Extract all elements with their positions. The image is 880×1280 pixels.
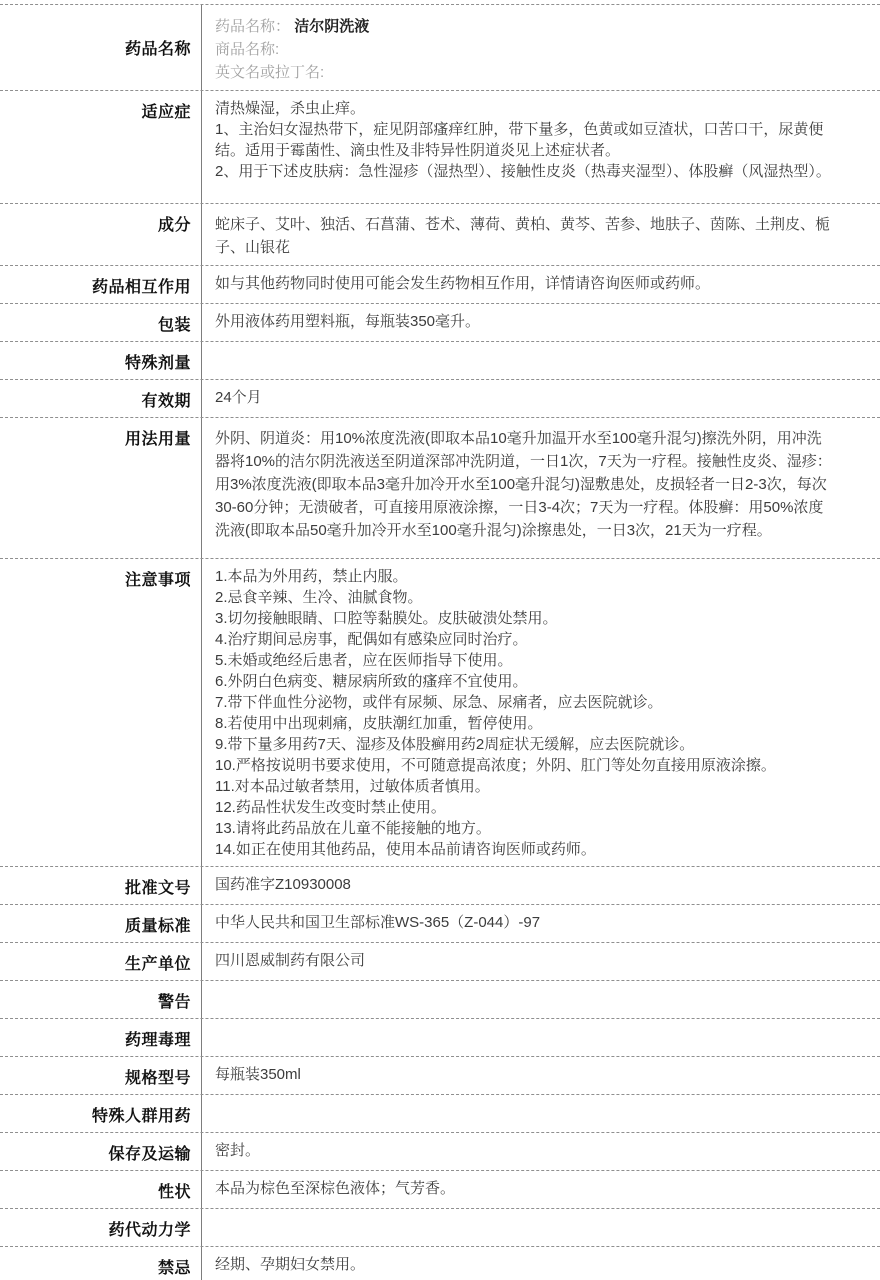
drug-info-table: 药品名称 药品名称： 洁尔阴洗液 商品名称: 英文名或拉丁名: 适应症 清热燥湿… — [0, 4, 880, 1280]
row-content: 1.本品为外用药，禁止内服。 2.忌食辛辣、生冷、油腻食物。 3.切勿接触眼睛、… — [202, 559, 880, 866]
row-special-population: 特殊人群用药 — [0, 1095, 880, 1133]
row-pharmacology-toxicology: 药理毒理 — [0, 1019, 880, 1057]
english-name-line: 英文名或拉丁名: — [215, 61, 835, 84]
row-content: 四川恩威制药有限公司 — [202, 943, 880, 980]
row-indications: 适应症 清热燥湿，杀虫止痒。 1、主治妇女湿热带下，症见阴部瘙痒红肿，带下量多，… — [0, 91, 880, 204]
row-warning: 警告 — [0, 981, 880, 1019]
row-label: 警告 — [0, 981, 202, 1018]
row-drug-interactions: 药品相互作用 如与其他药物同时使用可能会发生药物相互作用，详情请咨询医师或药师。 — [0, 266, 880, 304]
row-label: 药品相互作用 — [0, 266, 202, 303]
row-content: 外用液体药用塑料瓶，每瓶装350毫升。 — [202, 304, 880, 341]
drug-name-value: 洁尔阴洗液 — [294, 18, 369, 35]
row-label: 规格型号 — [0, 1057, 202, 1094]
row-content: 如与其他药物同时使用可能会发生药物相互作用，详情请咨询医师或药师。 — [202, 266, 880, 303]
row-dosage-usage: 用法用量 外阴、阴道炎：用10%浓度洗液(即取本品10毫升加温开水至100毫升混… — [0, 418, 880, 559]
row-precautions: 注意事项 1.本品为外用药，禁止内服。 2.忌食辛辣、生冷、油腻食物。 3.切勿… — [0, 559, 880, 867]
row-label: 保存及运输 — [0, 1133, 202, 1170]
drug-name-content: 药品名称： 洁尔阴洗液 商品名称: 英文名或拉丁名: — [202, 5, 880, 90]
row-content: 本品为棕色至深棕色液体；气芳香。 — [202, 1171, 880, 1208]
row-manufacturer: 生产单位 四川恩威制药有限公司 — [0, 943, 880, 981]
row-label: 质量标准 — [0, 905, 202, 942]
row-content — [202, 1209, 880, 1246]
row-storage-transport: 保存及运输 密封。 — [0, 1133, 880, 1171]
row-content: 外阴、阴道炎：用10%浓度洗液(即取本品10毫升加温开水至100毫升混匀)擦洗外… — [202, 418, 880, 558]
row-label: 药品名称 — [0, 5, 202, 90]
row-label: 特殊人群用药 — [0, 1095, 202, 1132]
row-specification: 规格型号 每瓶装350ml — [0, 1057, 880, 1095]
row-label: 特殊剂量 — [0, 342, 202, 379]
trade-name-line: 商品名称: — [215, 38, 835, 61]
row-label: 批准文号 — [0, 867, 202, 904]
row-pharmacokinetics: 药代动力学 — [0, 1209, 880, 1247]
row-content: 中华人民共和国卫生部标准WS-365（Z-044）-97 — [202, 905, 880, 942]
row-label: 药理毒理 — [0, 1019, 202, 1056]
row-special-dosage: 特殊剂量 — [0, 342, 880, 380]
drug-name-line: 药品名称： 洁尔阴洗液 — [215, 15, 835, 38]
row-approval-number: 批准文号 国药准字Z10930008 — [0, 867, 880, 905]
row-drug-name: 药品名称 药品名称： 洁尔阴洗液 商品名称: 英文名或拉丁名: — [0, 5, 880, 91]
row-content: 国药准字Z10930008 — [202, 867, 880, 904]
row-label: 成分 — [0, 204, 202, 265]
row-label: 有效期 — [0, 380, 202, 417]
row-content — [202, 1019, 880, 1056]
row-content: 密封。 — [202, 1133, 880, 1170]
row-label: 禁忌 — [0, 1247, 202, 1280]
drug-name-field-label: 药品名称： — [215, 18, 290, 35]
row-label: 包装 — [0, 304, 202, 341]
row-content — [202, 1095, 880, 1132]
row-description: 性状 本品为棕色至深棕色液体；气芳香。 — [0, 1171, 880, 1209]
row-label: 适应症 — [0, 91, 202, 203]
row-content — [202, 342, 880, 379]
row-label: 药代动力学 — [0, 1209, 202, 1246]
row-content: 24个月 — [202, 380, 880, 417]
row-content: 经期、孕期妇女禁用。 — [202, 1247, 880, 1280]
row-label: 性状 — [0, 1171, 202, 1208]
row-label: 生产单位 — [0, 943, 202, 980]
row-content — [202, 981, 880, 1018]
row-shelf-life: 有效期 24个月 — [0, 380, 880, 418]
row-content: 蛇床子、艾叶、独活、石菖蒲、苍术、薄荷、黄柏、黄芩、苦参、地肤子、茵陈、土荆皮、… — [202, 204, 880, 265]
row-content: 清热燥湿，杀虫止痒。 1、主治妇女湿热带下，症见阴部瘙痒红肿，带下量多，色黄或如… — [202, 91, 880, 203]
row-label: 用法用量 — [0, 418, 202, 558]
row-ingredients: 成分 蛇床子、艾叶、独活、石菖蒲、苍术、薄荷、黄柏、黄芩、苦参、地肤子、茵陈、土… — [0, 204, 880, 266]
row-label: 注意事项 — [0, 559, 202, 866]
row-packaging: 包装 外用液体药用塑料瓶，每瓶装350毫升。 — [0, 304, 880, 342]
row-content: 每瓶装350ml — [202, 1057, 880, 1094]
row-quality-standard: 质量标准 中华人民共和国卫生部标准WS-365（Z-044）-97 — [0, 905, 880, 943]
row-contraindications: 禁忌 经期、孕期妇女禁用。 — [0, 1247, 880, 1280]
